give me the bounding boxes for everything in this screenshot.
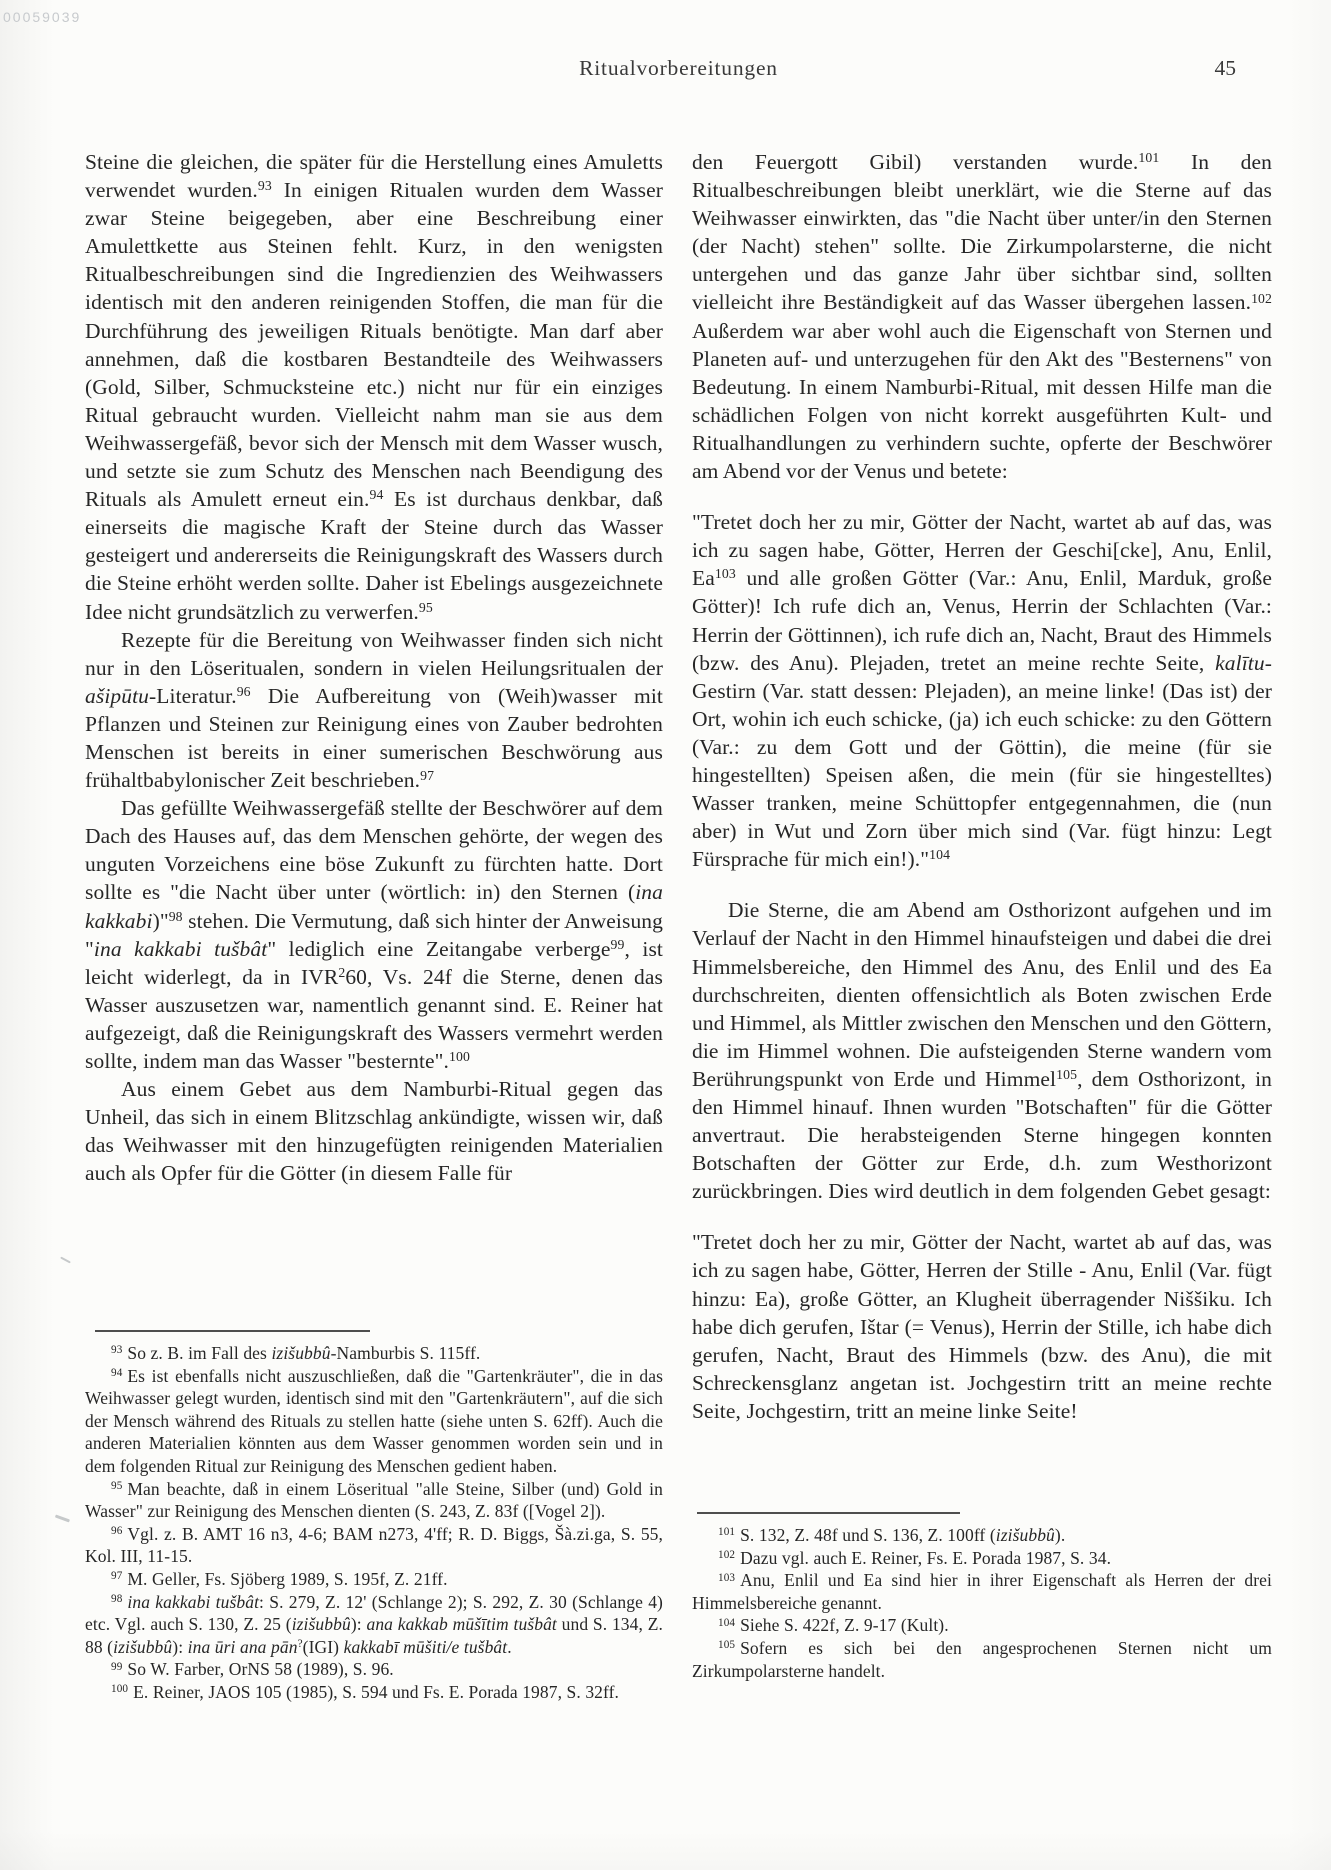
body-paragraph: Steine die gleichen, die später für die … [85, 148, 663, 626]
footnote-103: 103Anu, Enlil und Ea sind hier in ihrer … [692, 1569, 1272, 1614]
page-number: 45 [1215, 56, 1237, 81]
scan-id-stamp: 00059039 [3, 9, 81, 25]
footnote-93: 93So z. B. im Fall des izišubbû-Namburbi… [85, 1342, 663, 1365]
footnote-96: 96Vgl. z. B. AMT 16 n3, 4-6; BAM n273, 4… [85, 1523, 663, 1568]
footnote-94: 94Es ist ebenfalls nicht auszuschließen,… [85, 1365, 663, 1478]
book-page: 00059039 Ritualvorbereitungen 45 Steine … [0, 0, 1331, 1870]
body-paragraph: Aus einem Gebet aus dem Namburbi-Ritual … [85, 1075, 663, 1187]
footnote-separator [697, 1512, 960, 1514]
footnote-number: 104 [718, 1617, 735, 1629]
footnote-number: 97 [111, 1570, 122, 1582]
scan-artifact-mark [55, 1515, 70, 1522]
footnote-number: 96 [111, 1525, 122, 1537]
footnote-separator [95, 1330, 370, 1332]
footnote-number: 94 [111, 1367, 122, 1379]
footnote-number: 100 [111, 1683, 128, 1695]
body-paragraph: Das gefüllte Weihwassergefäß stellte der… [85, 794, 663, 1075]
footnote-95: 95Man beachte, daß in einem Löseritual "… [85, 1478, 663, 1523]
footnote-97: 97M. Geller, Fs. Sjöberg 1989, S. 195f, … [85, 1568, 663, 1591]
scan-artifact-mark [60, 1257, 71, 1264]
footnote-105: 105Sofern es sich bei den angesprochenen… [692, 1637, 1272, 1682]
footnote-99: 99So W. Farber, OrNS 58 (1989), S. 96. [85, 1658, 663, 1681]
footnote-100: 100E. Reiner, JAOS 105 (1985), S. 594 un… [85, 1681, 663, 1704]
left-footnote-block: 93So z. B. im Fall des izišubbû-Namburbi… [85, 1330, 663, 1704]
right-column: den Feuergott Gibil) verstanden wurde.10… [692, 148, 1272, 1512]
footnote-number: 99 [111, 1661, 122, 1673]
footnote-number: 105 [718, 1639, 735, 1651]
right-footnotes: 101S. 132, Z. 48f und S. 136, Z. 100ff (… [692, 1524, 1272, 1682]
left-footnotes: 93So z. B. im Fall des izišubbû-Namburbi… [85, 1342, 663, 1704]
body-paragraph: Rezepte für die Bereitung von Weihwasser… [85, 626, 663, 795]
quote-paragraph: "Tretet doch her zu mir, Götter der Nach… [692, 1228, 1272, 1425]
footnote-number: 103 [718, 1572, 735, 1584]
body-paragraph: Die Sterne, die am Abend am Osthorizont … [692, 896, 1272, 1205]
right-footnote-block: 101S. 132, Z. 48f und S. 136, Z. 100ff (… [692, 1512, 1272, 1682]
footnote-101: 101S. 132, Z. 48f und S. 136, Z. 100ff (… [692, 1524, 1272, 1547]
footnote-number: 102 [718, 1549, 735, 1561]
left-column: Steine die gleichen, die später für die … [85, 148, 663, 1330]
footnote-number: 93 [111, 1344, 122, 1356]
footnote-number: 98 [111, 1593, 122, 1605]
footnote-104: 104Siehe S. 422f, Z. 9-17 (Kult). [692, 1614, 1272, 1637]
footnote-102: 102Dazu vgl. auch E. Reiner, Fs. E. Pora… [692, 1547, 1272, 1570]
footnote-98: 98ina kakkabi tušbât: S. 279, Z. 12' (Sc… [85, 1591, 663, 1659]
body-paragraph: den Feuergott Gibil) verstanden wurde.10… [692, 148, 1272, 485]
footnote-number: 95 [111, 1480, 122, 1492]
chapter-title: Ritualvorbereitungen [579, 56, 778, 80]
running-header: Ritualvorbereitungen 45 [85, 56, 1272, 81]
footnote-number: 101 [718, 1526, 735, 1538]
quote-paragraph: "Tretet doch her zu mir, Götter der Nach… [692, 508, 1272, 873]
